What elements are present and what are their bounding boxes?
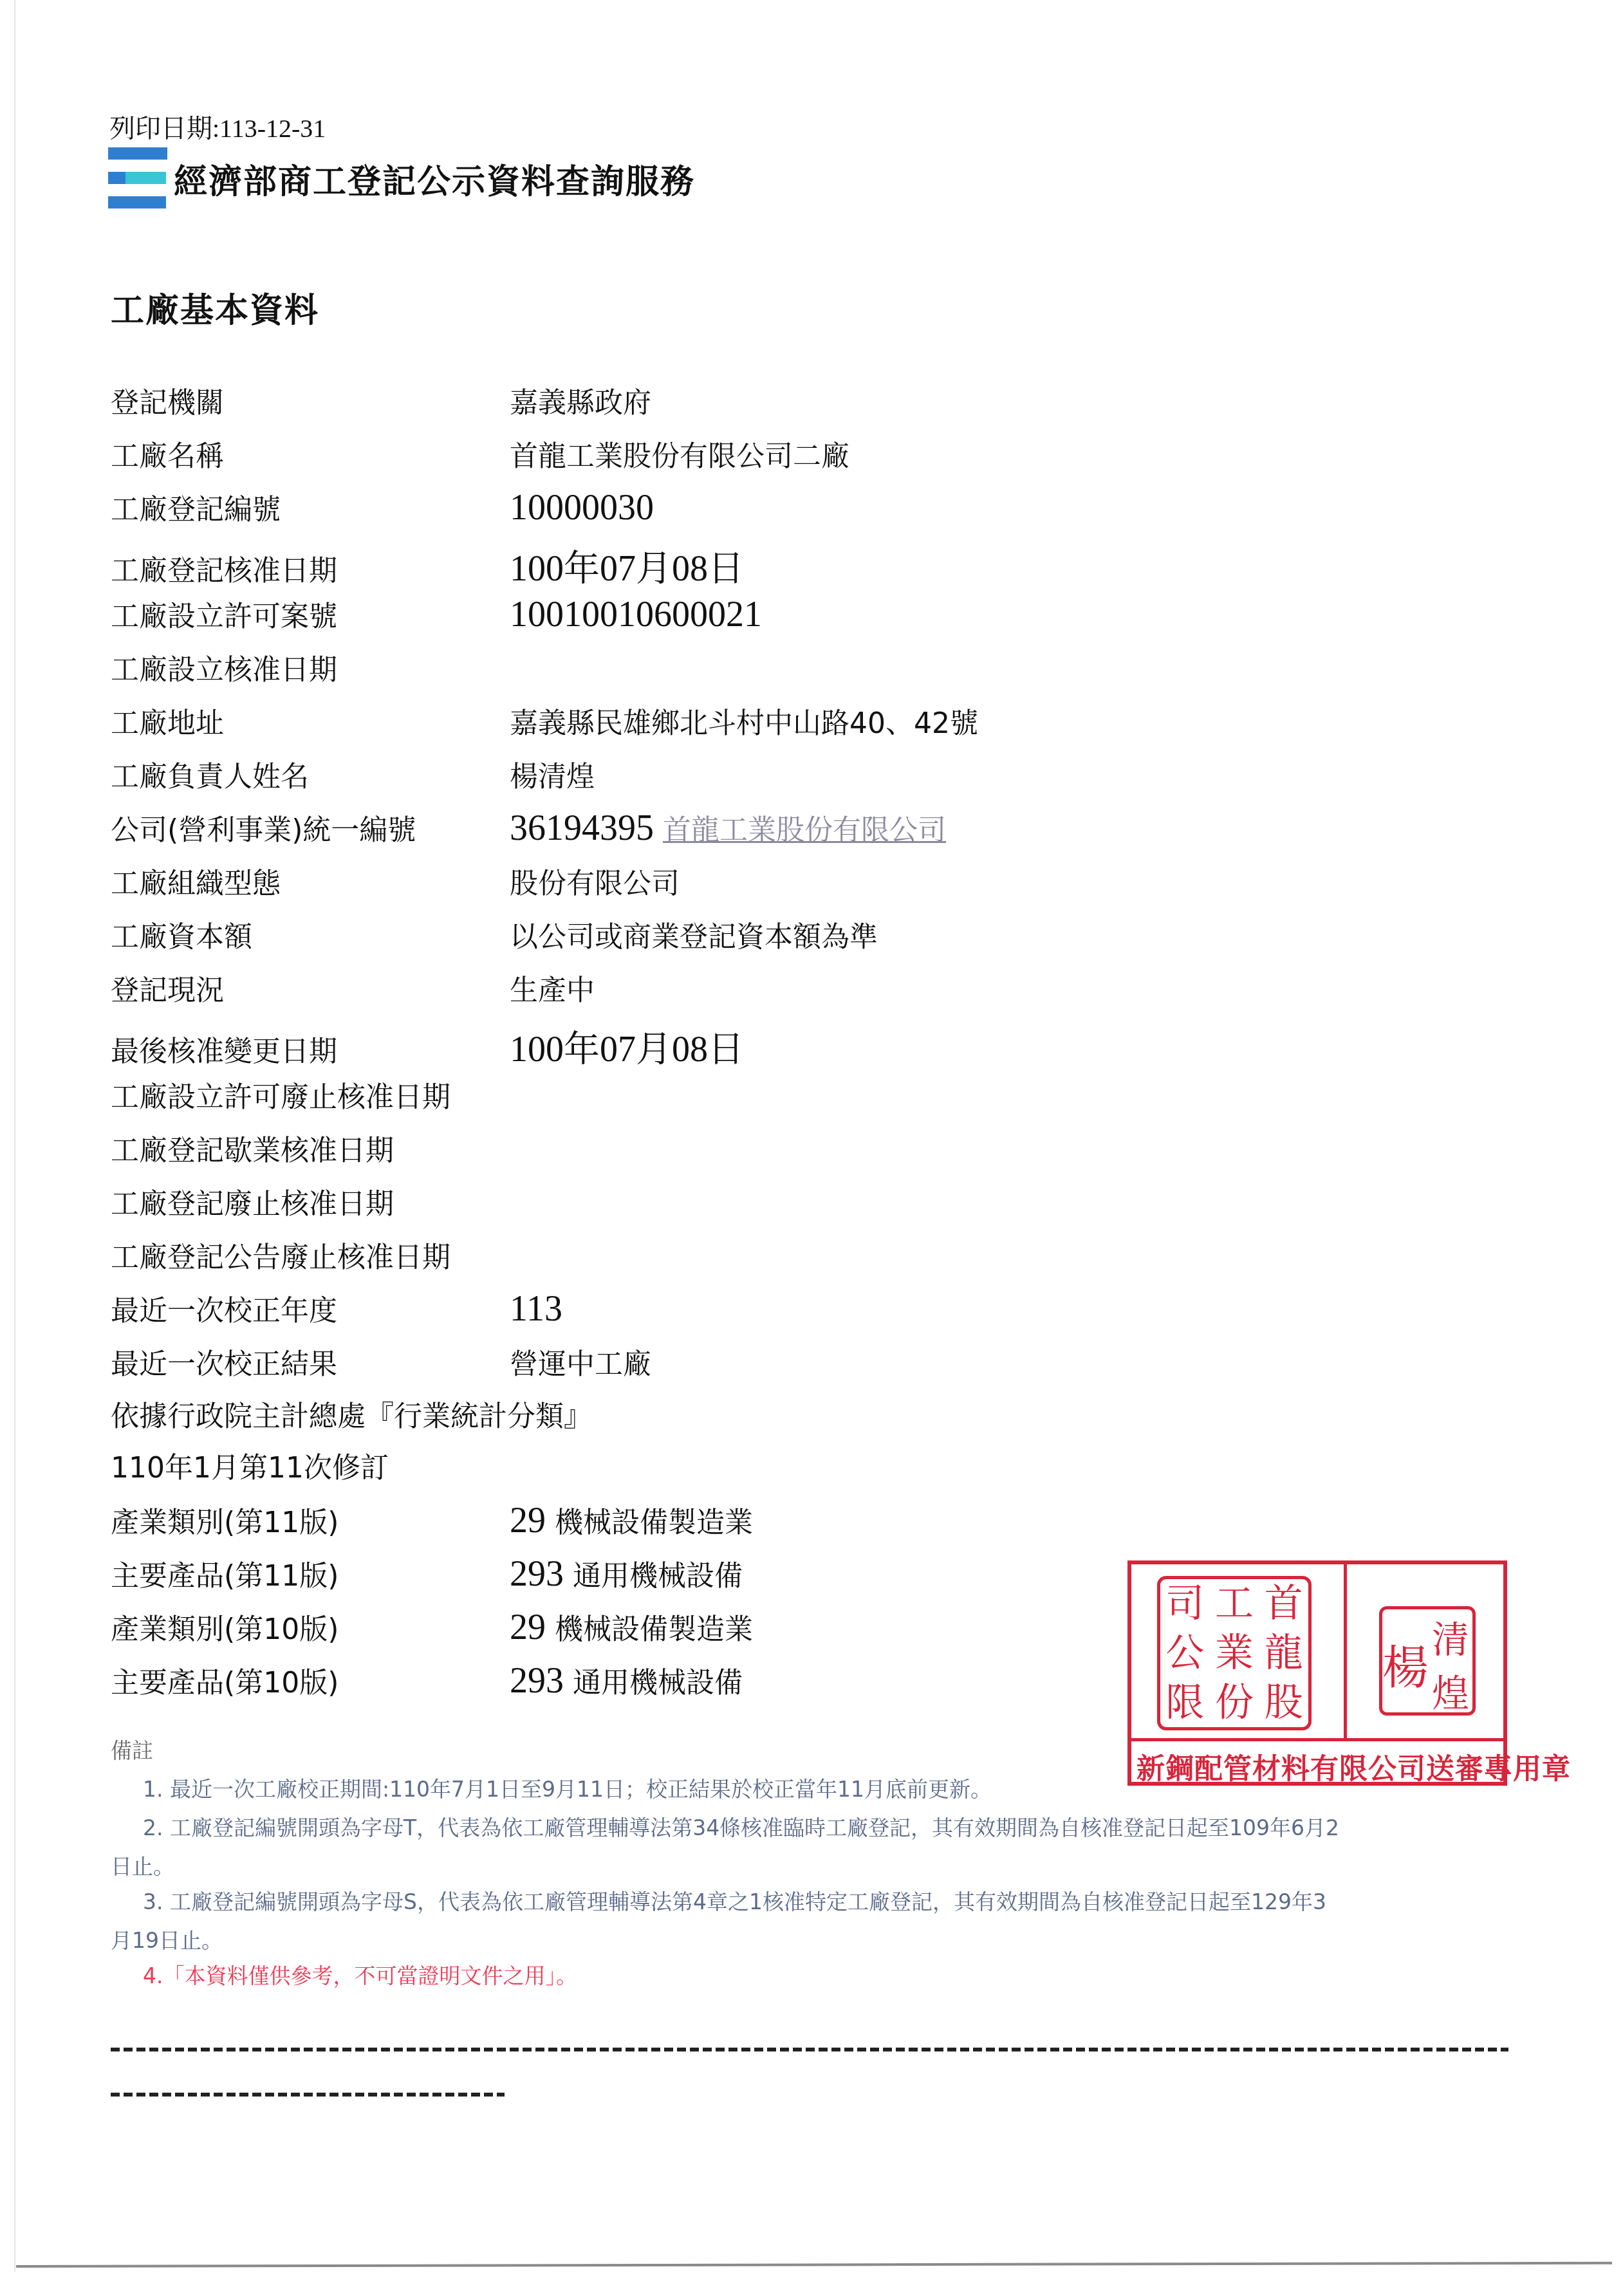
company-link[interactable]: 首龍工業股份有限公司 [663, 814, 946, 847]
field-value: 100年07月08日 [510, 540, 744, 591]
tax-id: 36194395 [510, 808, 654, 848]
classification-name: 通用機械設備 [573, 1560, 743, 1593]
site-title: 經濟部商工登記公示資料查詢服務 [174, 154, 695, 203]
dashed-separator [111, 2048, 1508, 2051]
field-row: 工廠資本額 以公司或商業登記資本額為準 [111, 914, 878, 959]
classification-value: 29 機械設備製造業 [510, 1606, 753, 1648]
field-row: 工廠登記編號 10000030 [111, 486, 654, 532]
classification-intro-2: 110年1月第11次修訂 [111, 1445, 389, 1486]
field-row: 工廠登記廢止核准日期 [111, 1181, 510, 1226]
field-value: 以公司或商業登記資本額為準 [510, 914, 878, 955]
field-row: 工廠設立許可案號 10010010600021 [111, 593, 762, 638]
seal-char: 首 [1259, 1579, 1308, 1629]
header: 經濟部商工登記公示資料查詢服務 [108, 143, 695, 214]
field-row: 最近一次校正結果 營運中工廠 [111, 1341, 651, 1386]
field-label: 登記現況 [111, 967, 510, 1008]
field-label: 公司(營利事業)統一編號 [111, 807, 510, 848]
field-label: 工廠登記核准日期 [111, 548, 510, 589]
classification-name: 機械設備製造業 [555, 1613, 753, 1646]
seal-char: 股 [1259, 1678, 1308, 1727]
field-label: 工廠登記公告廢止核准日期 [111, 1234, 510, 1275]
field-label: 工廠設立核准日期 [111, 647, 510, 688]
notes-title: 備註 [111, 1734, 153, 1764]
classification-value: 29 機械設備製造業 [510, 1499, 753, 1541]
field-row: 登記機關 嘉義縣政府 [111, 380, 651, 425]
field-row: 登記現況 生產中 [111, 967, 595, 1012]
print-date: 列印日期:113-12-31 [109, 108, 326, 145]
field-label: 工廠資本額 [111, 914, 510, 955]
field-label: 最近一次校正結果 [111, 1341, 510, 1382]
note-warning: 4.「本資料僅供參考，不可當證明文件之用」。 [143, 1959, 577, 1990]
dashed-separator [111, 2093, 505, 2097]
field-value: 首龍工業股份有限公司二廠 [510, 433, 849, 474]
field-row: 公司(營利事業)統一編號 36194395首龍工業股份有限公司 [111, 807, 946, 852]
classification-label: 產業類別(第11版) [111, 1499, 510, 1541]
stamp-divider [1131, 1738, 1503, 1741]
classification-value: 293 通用機械設備 [510, 1553, 743, 1595]
seal-char: 份 [1210, 1678, 1259, 1727]
field-label: 工廠地址 [111, 700, 510, 741]
seal-char: 公 [1160, 1629, 1210, 1678]
note-item: 1. 最近一次工廠校正期間:110年7月1日至9月11日；校正結果於校正當年11… [143, 1773, 992, 1803]
note-item: 2. 工廠登記編號開頭為字母T，代表為依工廠管理輔導法第34條核准臨時工廠登記，… [143, 1811, 1339, 1842]
field-value: 生產中 [510, 967, 595, 1008]
classification-name: 機械設備製造業 [555, 1506, 753, 1539]
classification-name: 通用機械設備 [573, 1667, 743, 1699]
field-label: 工廠名稱 [111, 433, 510, 474]
classification-row: 產業類別(第10版) 29 機械設備製造業 [111, 1606, 753, 1651]
field-label: 工廠登記歇業核准日期 [111, 1127, 510, 1169]
field-value: 10000030 [510, 487, 654, 528]
seal-char: 龍 [1259, 1629, 1308, 1678]
field-row: 工廠地址 嘉義縣民雄鄉北斗村中山路40、42號 [111, 700, 978, 745]
field-label: 最近一次校正年度 [111, 1288, 510, 1329]
classification-code: 29 [510, 1607, 546, 1647]
classification-value: 293 通用機械設備 [510, 1660, 743, 1701]
seal-char: 楊 [1382, 1609, 1429, 1717]
person-seal: 清 楊 煌 [1379, 1606, 1476, 1716]
field-label: 工廠負責人姓名 [111, 754, 510, 795]
classification-row: 產業類別(第11版) 29 機械設備製造業 [111, 1499, 753, 1544]
classification-intro-1: 依據行政院主計總處『行業統計分類』 [111, 1393, 592, 1434]
classification-label: 主要產品(第10版) [111, 1660, 510, 1701]
classification-label: 產業類別(第10版) [111, 1606, 510, 1647]
field-row: 工廠負責人姓名 楊清煌 [111, 754, 595, 799]
field-label: 最後核准變更日期 [111, 1028, 510, 1069]
field-row: 工廠登記歇業核准日期 [111, 1127, 510, 1172]
stamp-divider [1344, 1564, 1347, 1738]
note-item-cont: 日止。 [111, 1850, 174, 1880]
field-row: 工廠設立核准日期 [111, 647, 510, 692]
field-row: 工廠組織型態 股份有限公司 [111, 860, 680, 905]
field-value: 113 [510, 1288, 562, 1329]
field-value: 股份有限公司 [510, 860, 680, 902]
field-row: 工廠登記核准日期 100年07月08日 [111, 540, 744, 585]
field-value: 楊清煌 [510, 754, 595, 795]
company-seal: 司 工 首 公 業 龍 限 份 股 [1157, 1576, 1312, 1730]
seal-char: 煌 [1429, 1663, 1472, 1717]
classification-label: 主要產品(第11版) [111, 1553, 510, 1594]
seal-char: 業 [1210, 1629, 1259, 1678]
note-item-cont: 月19日止。 [111, 1924, 223, 1954]
field-row: 最近一次校正年度 113 [111, 1288, 562, 1333]
field-label: 工廠登記廢止核准日期 [111, 1181, 510, 1222]
section-title: 工廠基本資料 [111, 283, 319, 331]
field-value: 嘉義縣政府 [510, 380, 651, 421]
seal-char: 清 [1429, 1609, 1472, 1663]
field-label: 登記機關 [111, 380, 510, 421]
seal-char: 工 [1210, 1579, 1259, 1629]
field-label: 工廠設立許可案號 [111, 593, 510, 634]
field-value: 36194395首龍工業股份有限公司 [510, 807, 946, 849]
seal-char: 司 [1160, 1579, 1210, 1629]
seal-char: 限 [1160, 1678, 1210, 1727]
classification-code: 293 [510, 1661, 564, 1701]
review-stamp: 司 工 首 公 業 龍 限 份 股 清 楊 煌 新鋼配管材料有限公司送審專用章 [1127, 1560, 1507, 1786]
page-edge [14, 0, 15, 2272]
field-row: 工廠登記公告廢止核准日期 [111, 1234, 510, 1279]
field-label: 工廠登記編號 [111, 486, 510, 528]
field-value: 嘉義縣民雄鄉北斗村中山路40、42號 [510, 700, 978, 741]
stamp-caption: 新鋼配管材料有限公司送審專用章 [1136, 1746, 1571, 1787]
field-label: 工廠設立許可廢止核准日期 [111, 1074, 510, 1115]
classification-code: 29 [510, 1501, 546, 1541]
moea-logo-icon [108, 146, 167, 210]
field-row: 工廠名稱 首龍工業股份有限公司二廠 [111, 433, 849, 478]
classification-row: 主要產品(第10版) 293 通用機械設備 [111, 1660, 743, 1705]
field-row: 工廠設立許可廢止核准日期 [111, 1074, 510, 1119]
page-edge [16, 2262, 1612, 2268]
classification-row: 主要產品(第11版) 293 通用機械設備 [111, 1553, 743, 1598]
field-value: 營運中工廠 [510, 1341, 651, 1382]
field-label: 工廠組織型態 [111, 860, 510, 902]
field-value: 100年07月08日 [510, 1021, 744, 1072]
classification-code: 293 [510, 1554, 564, 1594]
field-value: 10010010600021 [510, 594, 762, 635]
field-row: 最後核准變更日期 100年07月08日 [111, 1021, 744, 1066]
note-item: 3. 工廠登記編號開頭為字母S，代表為依工廠管理輔導法第4章之1核准特定工廠登記… [143, 1885, 1326, 1916]
